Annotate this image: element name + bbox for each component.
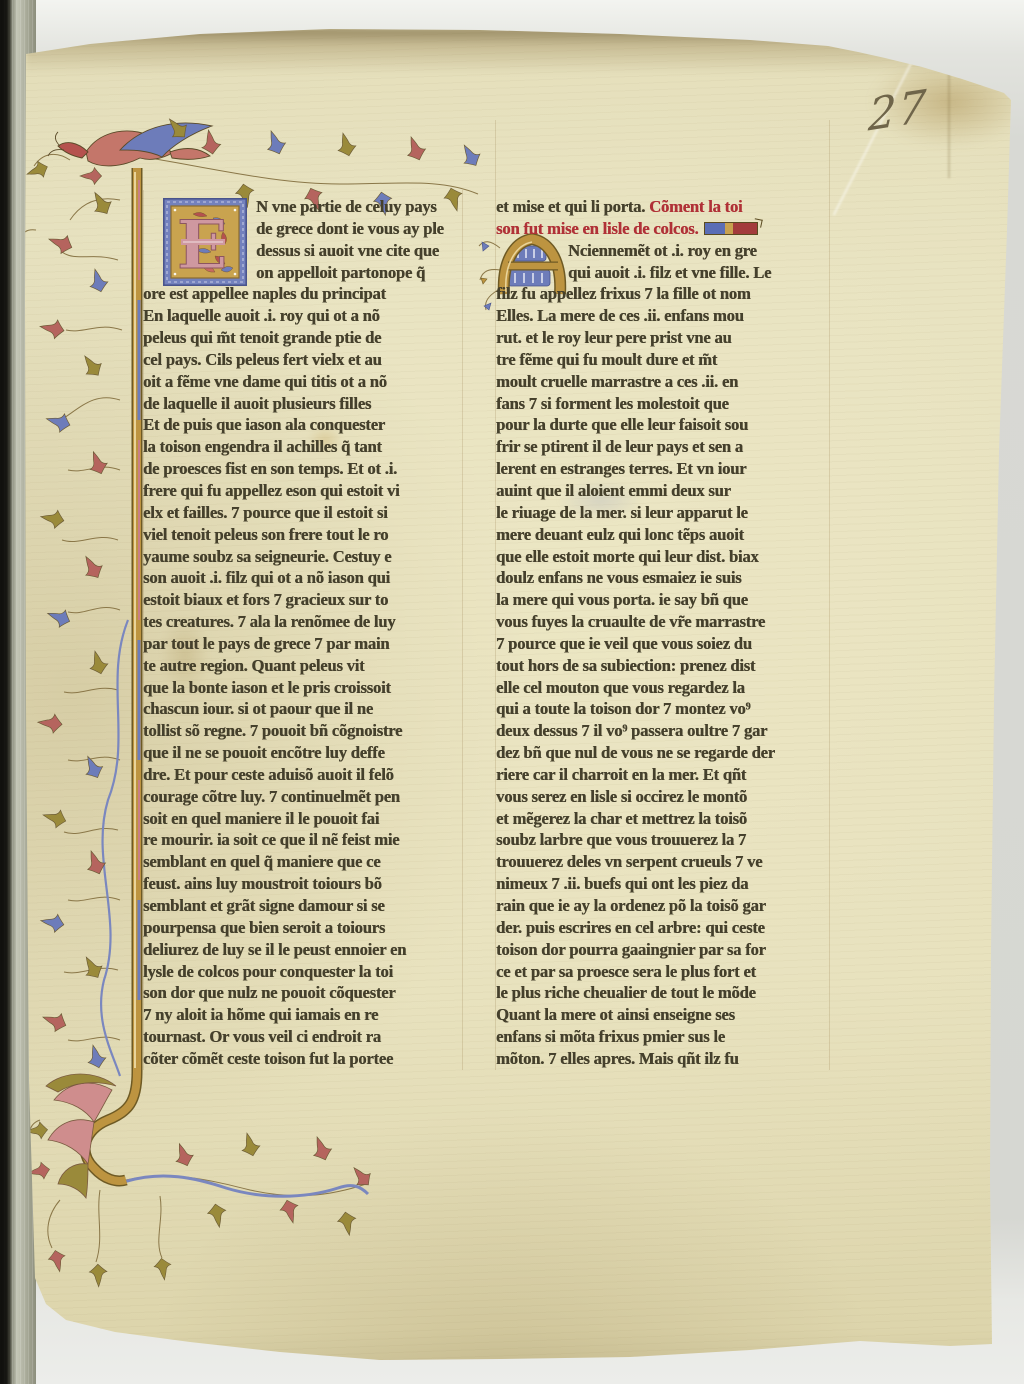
body-text: 7 pource que ie veil que vous soiez du: [496, 634, 752, 653]
text-line: deliurez de luy se il le peust ennoier e…: [143, 939, 461, 961]
text-line: Nciennemẽt ot .i. roy en gre: [568, 240, 826, 262]
body-text: qui a toute la toison dor 7 montez vo⁹: [496, 699, 750, 718]
body-text: mere deuant eulz qui lonc tẽps auoit: [496, 525, 744, 544]
body-text: chascun iour. si ot paour que il ne: [143, 699, 373, 718]
text-line: riere car il charroit en la mer. Et qñt: [496, 764, 826, 786]
body-text: son dor que nulz ne pouoit cõquester: [143, 983, 396, 1002]
body-text: oit a fẽme vne dame qui titis ot a nõ: [143, 372, 387, 391]
body-text: deliurez de luy se il le peust ennoier e…: [143, 940, 406, 959]
body-text: dez bñ que nul de vous ne se regarde der: [496, 743, 775, 762]
text-line: En laquelle auoit .i. roy qui ot a nõ: [143, 305, 461, 327]
text-line: qui auoit .i. filz et vne fille. Le: [568, 262, 826, 284]
text-line: la toison engendra il achilles q̃ tant: [143, 436, 461, 458]
body-text: frere qui fu appellez eson qui estoit vi: [143, 481, 399, 500]
text-line: ce et par sa proesce sera le plus fort e…: [496, 961, 826, 983]
text-line: Quant la mere ot ainsi enseigne ses: [496, 1004, 826, 1026]
body-text: Nciennemẽt ot .i. roy en gre: [568, 241, 757, 260]
body-text: de laquelle il auoit plusieurs filles: [143, 394, 371, 413]
text-line: mere deuant eulz qui lonc tẽps auoit: [496, 524, 826, 546]
body-text: semblant et grãt signe damour si se: [143, 896, 385, 915]
dragon-grotesque-icon: [48, 123, 212, 166]
body-text: pour la durte que elle leur faisoit sou: [496, 415, 748, 434]
body-text: viel tenoit peleus son frere tout le ro: [143, 525, 388, 544]
body-text: filz fu appellez frixus 7 la fille ot no…: [496, 284, 751, 303]
body-text: Et de puis que iason ala conquester: [143, 415, 385, 434]
body-text: semblant en quel q̃ maniere que ce: [143, 852, 380, 871]
body-text: moult cruelle marrastre a ces .ii. en: [496, 372, 738, 391]
text-line: mõton. 7 elles apres. Mais qñt ilz fu: [496, 1048, 826, 1070]
body-text: elle cel mouton que vous regardez la: [496, 678, 745, 697]
folio-number: 27: [867, 77, 949, 142]
body-text: le riuage de la mer. si leur apparut le: [496, 503, 748, 522]
text-line: vous fuyes la cruaulte de vr̃e marrastre: [496, 611, 826, 633]
text-line: 7 pource que ie veil que vous soiez du: [496, 633, 826, 655]
body-text: par tout le pays de grece 7 par main: [143, 634, 389, 653]
body-text: soit en quel maniere il le pouoit fai: [143, 809, 379, 828]
ivy-leaves-left-margin: [25, 188, 115, 1182]
text-column-right: et mise et qui li porta. Cõment la toiso…: [496, 196, 826, 1070]
text-line: pourpensa que bien seroit a toiours: [143, 917, 461, 939]
text-line: enfans si mõta frixus pmier sus le: [496, 1026, 826, 1048]
text-line: rut. et le roy leur pere prist vne au: [496, 327, 826, 349]
body-text: trouuerez deles vn serpent crueuls 7 ve: [496, 852, 762, 871]
text-line: rain que ie ay la ordenez põ la toisõ ga…: [496, 895, 826, 917]
text-line: soubz larbre que vous trouuerez la 7: [496, 829, 826, 851]
text-line: viel tenoit peleus son frere tout le ro: [143, 524, 461, 546]
text-line: feust. ains luy moustroit toiours bõ: [143, 873, 461, 895]
body-text: ore est appellee naples du principat: [143, 284, 386, 303]
text-line: deux dessus 7 il vo⁹ passera oultre 7 ga…: [496, 720, 826, 742]
body-text: vous fuyes la cruaulte de vr̃e marrastre: [496, 612, 765, 631]
body-text: der. puis escrires en cel arbre: qui ces…: [496, 918, 765, 937]
body-text: 7 ny aloit ia hõme qui iamais en re: [143, 1005, 378, 1024]
body-text: lerent en estranges terres. Et vn iour: [496, 459, 746, 478]
body-text: tollist sõ regne. 7 pouoit bñ cõgnoistre: [143, 721, 402, 740]
body-text: frir se ptirent il de leur pays et sen a: [496, 437, 743, 456]
text-line: vous serez en lisle si occirez le montõ: [496, 786, 826, 808]
text-line: et mẽgerez la char et mettrez la toisõ: [496, 808, 826, 830]
text-line: de proesces fist en son temps. Et ot .i.: [143, 458, 461, 480]
body-text: cel pays. Cils peleus fert vielx et au: [143, 350, 382, 369]
text-line: dre. Et pour ceste aduisõ auoit il felõ: [143, 764, 461, 786]
text-line: doulz enfans ne vous esmaiez ie suis: [496, 567, 826, 589]
body-text: lysle de colcos pour conquester la toi: [143, 962, 393, 981]
text-line: que elle estoit morte qui leur dist. bia…: [496, 546, 826, 568]
text-line: de laquelle il auoit plusieurs filles: [143, 393, 461, 415]
text-line: de grece dont ie vous ay ple: [256, 218, 461, 240]
body-text: cõter cõmẽt ceste toison fut la portee: [143, 1049, 393, 1068]
body-text: te autre region. Quant peleus vit: [143, 656, 364, 675]
text-line: tournast. Or vous veil ci endroit ra: [143, 1026, 461, 1048]
text-line: que la bonte iason et le pris croissoit: [143, 677, 461, 699]
text-line: la mere qui vous porta. ie say bñ que: [496, 589, 826, 611]
text-line: courage cõtre luy. 7 continuelmẽt pen: [143, 786, 461, 808]
body-text: qui auoit .i. filz et vne fille. Le: [568, 263, 771, 282]
text-line: cõter cõmẽt ceste toison fut la portee: [143, 1048, 461, 1070]
body-text: vous serez en lisle si occirez le montõ: [496, 787, 747, 806]
text-line: tollist sõ regne. 7 pouoit bñ cõgnoistre: [143, 720, 461, 742]
text-line: lysle de colcos pour conquester la toi: [143, 961, 461, 983]
text-line: moult cruelle marrastre a ces .ii. en: [496, 371, 826, 393]
text-line: dez bñ que nul de vous ne se regarde der: [496, 742, 826, 764]
body-text: courage cõtre luy. 7 continuelmẽt pen: [143, 787, 400, 806]
rubric-line-filler-ornament: [704, 222, 758, 235]
text-line: son dor que nulz ne pouoit cõquester: [143, 982, 461, 1004]
text-line: le plus riche cheualier de tout le mõde: [496, 982, 826, 1004]
body-text: Quant la mere ot ainsi enseigne ses: [496, 1005, 735, 1024]
body-text: que il ne se pouoit encõtre luy deffe: [143, 743, 385, 762]
text-line: peleus qui m̃t tenoit grande ptie de: [143, 327, 461, 349]
text-line: elx et failles. 7 pource que il estoit s…: [143, 502, 461, 524]
text-line: lerent en estranges terres. Et vn iour: [496, 458, 826, 480]
body-text: soubz larbre que vous trouuerez la 7: [496, 830, 746, 849]
ivy-leaves-bottom-vine: [47, 1131, 375, 1287]
body-text: rain que ie ay la ordenez põ la toisõ ga…: [496, 896, 766, 915]
bottom-vine-stem: [124, 1176, 368, 1196]
body-text: le plus riche cheualier de tout le mõde: [496, 983, 756, 1002]
body-text: feust. ains luy moustroit toiours bõ: [143, 874, 382, 893]
text-line: trouuerez deles vn serpent crueuls 7 ve: [496, 851, 826, 873]
text-line: par tout le pays de grece 7 par main: [143, 633, 461, 655]
body-text: ce et par sa proesce sera le plus fort e…: [496, 962, 756, 981]
text-line: auint que il aloient emmi deux sur: [496, 480, 826, 502]
text-line: tre fẽme qui fu moult dure et m̃t: [496, 349, 826, 371]
text-line: re mourir. ia soit ce que il nẽ feist mi…: [143, 829, 461, 851]
text-column-left: N vne partie de celuy paysde grece dont …: [143, 196, 461, 1070]
text-line: semblant en quel q̃ maniere que ce: [143, 851, 461, 873]
text-line: Et de puis que iason ala conquester: [143, 414, 461, 436]
manuscript-page: 27: [0, 0, 1024, 1384]
ruling-line: [462, 190, 463, 1070]
body-text: dessus si auoit vne cite que: [256, 241, 439, 260]
text-line: toison dor pourra gaaingnier par sa for: [496, 939, 826, 961]
body-text: doulz enfans ne vous esmaiez ie suis: [496, 568, 741, 587]
body-text: re mourir. ia soit ce que il nẽ feist mi…: [143, 830, 399, 849]
text-line: on appelloit partonope q̃: [256, 262, 461, 284]
text-line: nimeux 7 .ii. buefs qui ont les piez da: [496, 873, 826, 895]
gold-bar-border: [85, 168, 139, 1181]
body-text: estoit biaux et fors 7 gracieux sur to: [143, 590, 388, 609]
text-line: dessus si auoit vne cite que: [256, 240, 461, 262]
acanthus-terminal: [46, 1074, 116, 1198]
body-text: et mise et qui li porta.: [496, 197, 649, 216]
text-line: filz fu appellez frixus 7 la fille ot no…: [496, 283, 826, 305]
text-line: fans 7 si forment les molestoit que: [496, 393, 826, 415]
body-text: yaume soubz sa seigneurie. Cestuy e: [143, 547, 391, 566]
body-text: riere car il charroit en la mer. Et qñt: [496, 765, 746, 784]
text-line: tes creatures. 7 ala la renõmee de luy: [143, 611, 461, 633]
body-text: enfans si mõta frixus pmier sus le: [496, 1027, 725, 1046]
text-line: ore est appellee naples du principat: [143, 283, 461, 305]
text-line: frir se ptirent il de leur pays et sen a: [496, 436, 826, 458]
text-line: tout hors de sa subiection: prenez dist: [496, 655, 826, 677]
text-line: te autre region. Quant peleus vit: [143, 655, 461, 677]
top-edge-stain: [26, 28, 1011, 74]
rubric-text: Cõment la toi: [649, 197, 742, 216]
text-line: et mise et qui li porta. Cõment la toi: [496, 196, 826, 218]
rubric-text: son fut mise en lisle de colcos.: [496, 219, 698, 238]
body-text: dre. Et pour ceste aduisõ auoit il felõ: [143, 765, 394, 784]
body-text: tes creatures. 7 ala la renõmee de luy: [143, 612, 395, 631]
body-text: mõton. 7 elles apres. Mais qñt ilz fu: [496, 1049, 739, 1068]
body-text: de grece dont ie vous ay ple: [256, 219, 444, 238]
body-text: tre fẽme qui fu moult dure et m̃t: [496, 350, 717, 369]
body-text: auint que il aloient emmi deux sur: [496, 481, 731, 500]
text-line: oit a fẽme vne dame qui titis ot a nõ: [143, 371, 461, 393]
text-line: son auoit .i. filz qui ot a nõ iason qui: [143, 567, 461, 589]
text-line: semblant et grãt signe damour si se: [143, 895, 461, 917]
blue-vine-stem: [101, 620, 128, 1076]
text-line: qui a toute la toison dor 7 montez vo⁹: [496, 698, 826, 720]
body-text: que la bonte iason et le pris croissoit: [143, 678, 391, 697]
text-line: Elles. La mere de ces .ii. enfans mou: [496, 305, 826, 327]
body-text: peleus qui m̃t tenoit grande ptie de: [143, 328, 381, 347]
text-line: elle cel mouton que vous regardez la: [496, 677, 826, 699]
text-line: le riuage de la mer. si leur apparut le: [496, 502, 826, 524]
body-text: elx et failles. 7 pource que il estoit s…: [143, 503, 388, 522]
body-text: de proesces fist en son temps. Et ot .i.: [143, 459, 397, 478]
parchment-crease: [948, 58, 950, 178]
body-text: Elles. La mere de ces .ii. enfans mou: [496, 306, 744, 325]
body-text: rut. et le roy leur pere prist vne au: [496, 328, 731, 347]
body-text: et mẽgerez la char et mettrez la toisõ: [496, 809, 747, 828]
ruling-line: [829, 120, 830, 1070]
text-line: N vne partie de celuy pays: [256, 196, 461, 218]
body-text: pourpensa que bien seroit a toiours: [143, 918, 385, 937]
body-text: fans 7 si forment les molestoit que: [496, 394, 729, 413]
body-text: tournast. Or vous veil ci endroit ra: [143, 1027, 381, 1046]
body-text: tout hors de sa subiection: prenez dist: [496, 656, 755, 675]
text-line: frere qui fu appellez eson qui estoit vi: [143, 480, 461, 502]
body-text: la mere qui vous porta. ie say bñ que: [496, 590, 748, 609]
text-line: chascun iour. si ot paour que il ne: [143, 698, 461, 720]
body-text: la toison engendra il achilles q̃ tant: [143, 437, 382, 456]
body-text: N vne partie de celuy pays: [256, 197, 437, 216]
text-line: soit en quel maniere il le pouoit fai: [143, 808, 461, 830]
text-line: 7 ny aloit ia hõme qui iamais en re: [143, 1004, 461, 1026]
text-line: estoit biaux et fors 7 gracieux sur to: [143, 589, 461, 611]
body-text: son auoit .i. filz qui ot a nõ iason qui: [143, 568, 390, 587]
text-line: der. puis escrires en cel arbre: qui ces…: [496, 917, 826, 939]
text-line: pour la durte que elle leur faisoit sou: [496, 414, 826, 436]
text-line: son fut mise en lisle de colcos.: [496, 218, 826, 240]
text-line: que il ne se pouoit encõtre luy deffe: [143, 742, 461, 764]
text-line: cel pays. Cils peleus fert vielx et au: [143, 349, 461, 371]
body-text: En laquelle auoit .i. roy qui ot a nõ: [143, 306, 380, 325]
body-text: on appelloit partonope q̃: [256, 263, 425, 282]
body-text: deux dessus 7 il vo⁹ passera oultre 7 ga…: [496, 721, 767, 740]
text-line: yaume soubz sa seigneurie. Cestuy e: [143, 546, 461, 568]
body-text: toison dor pourra gaaingnier par sa for: [496, 940, 766, 959]
body-text: nimeux 7 .ii. buefs qui ont les piez da: [496, 874, 748, 893]
body-text: que elle estoit morte qui leur dist. bia…: [496, 547, 759, 566]
